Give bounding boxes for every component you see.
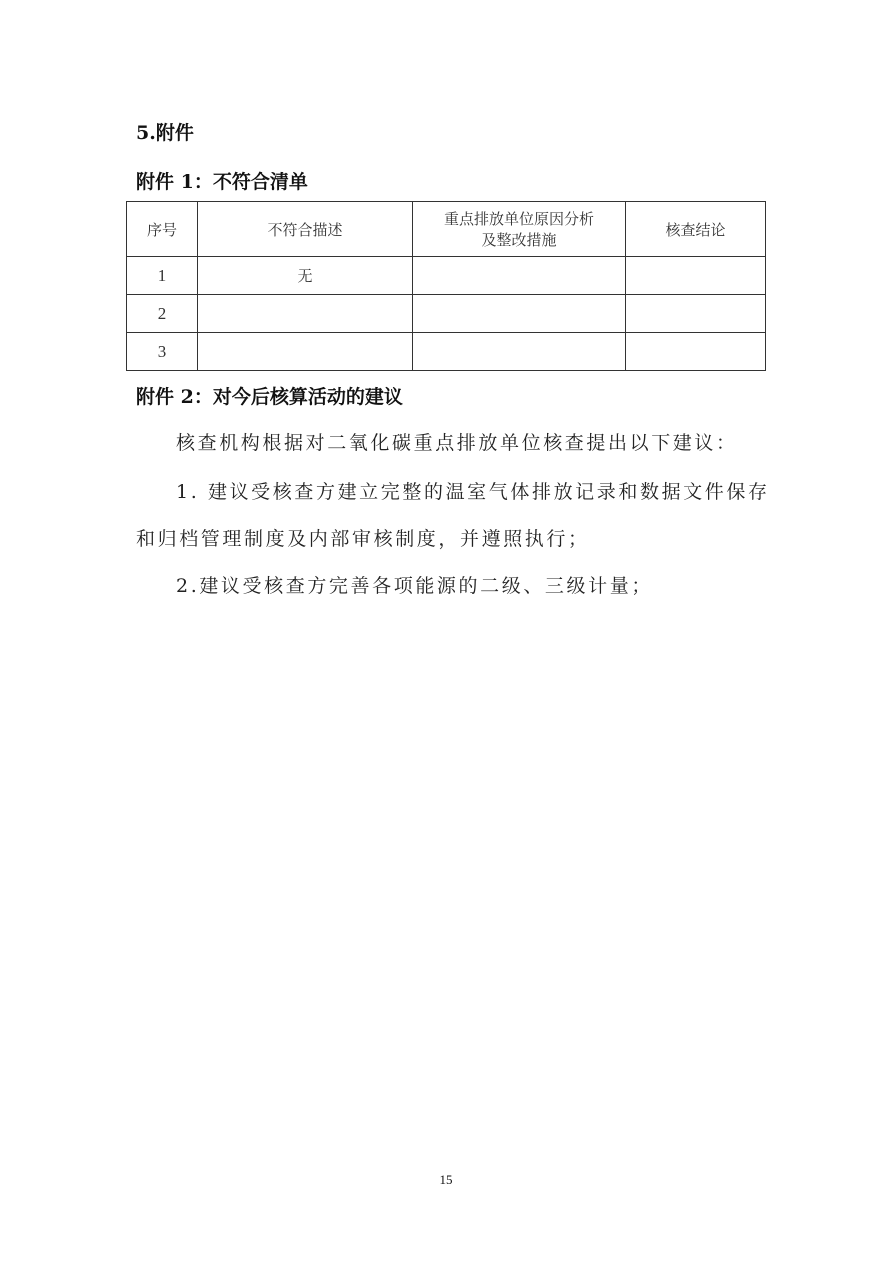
header-analysis-line1: 重点排放单位原因分析 <box>413 208 625 229</box>
cell-conclusion <box>626 295 766 333</box>
cell-conclusion <box>626 257 766 295</box>
header-analysis: 重点排放单位原因分析 及整改措施 <box>413 202 626 257</box>
paragraph-suggestion-1-cont: 和归档管理制度及内部审核制度，并遵照执行； <box>136 524 590 551</box>
table-row: 1 无 <box>127 257 766 295</box>
attachment-1-title: 附件 1：不符合清单 <box>136 167 308 194</box>
page-number: 15 <box>0 1172 892 1188</box>
nonconformity-table: 序号 不符合描述 重点排放单位原因分析 及整改措施 核查结论 1 无 2 3 <box>126 201 766 371</box>
header-analysis-line2: 及整改措施 <box>413 229 625 250</box>
paragraph-suggestion-2: 2.建议受核查方完善各项能源的二级、三级计量； <box>176 571 653 598</box>
cell-no: 3 <box>127 333 198 371</box>
table-row: 3 <box>127 333 766 371</box>
cell-description: 无 <box>198 257 413 295</box>
header-no: 序号 <box>127 202 198 257</box>
cell-description <box>198 333 413 371</box>
table-row: 2 <box>127 295 766 333</box>
cell-analysis <box>413 257 626 295</box>
section-title: 5.附件 <box>136 118 194 145</box>
cell-no: 1 <box>127 257 198 295</box>
cell-analysis <box>413 333 626 371</box>
table-header-row: 序号 不符合描述 重点排放单位原因分析 及整改措施 核查结论 <box>127 202 766 257</box>
header-conclusion: 核查结论 <box>626 202 766 257</box>
cell-no: 2 <box>127 295 198 333</box>
cell-description <box>198 295 413 333</box>
cell-conclusion <box>626 333 766 371</box>
header-description: 不符合描述 <box>198 202 413 257</box>
cell-analysis <box>413 295 626 333</box>
paragraph-intro: 核查机构根据对二氧化碳重点排放单位核查提出以下建议： <box>176 428 738 455</box>
paragraph-suggestion-1: 1. 建议受核查方建立完整的温室气体排放记录和数据文件保存 <box>176 477 770 504</box>
attachment-2-title: 附件 2：对今后核算活动的建议 <box>136 382 403 409</box>
